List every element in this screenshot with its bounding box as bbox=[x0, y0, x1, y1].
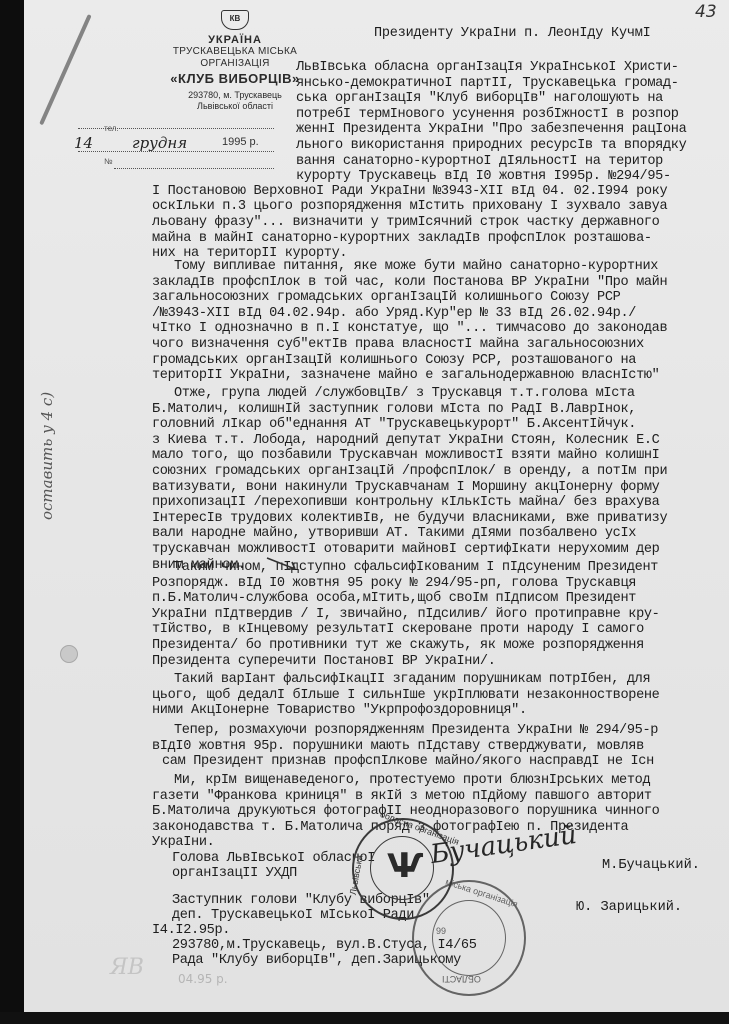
text-line: громадських органIзацIй колишнього Союзу… bbox=[152, 353, 636, 368]
tel-label: тел. bbox=[104, 124, 119, 133]
text-line: Отже, група людей /службовцIв/ з Трускав… bbox=[174, 386, 635, 401]
text-line: союзних громадських органIзацIй /профспI… bbox=[152, 464, 667, 479]
stamp-club-number: 99 bbox=[436, 926, 446, 936]
text-line: ська органIзацIя "Клуб виборцIв" наголош… bbox=[296, 91, 663, 106]
signature-title-line: Голова ЛьвIвськоI обласноI bbox=[172, 851, 375, 866]
signer-name-1: М.Бучацький. bbox=[602, 858, 700, 873]
emblem-icon: КВ bbox=[221, 10, 249, 30]
text-line: УкраIни пIдтвердив / I, звичайно, пIдсил… bbox=[152, 607, 660, 622]
text-line: янсько-демократичноI партII, Трускавецьк… bbox=[296, 76, 679, 91]
text-line: сам Президент признав профспIлкове майно… bbox=[162, 754, 654, 769]
text-line: /№3943-XII вIд 04.02.94р. або Уряд.Кур"е… bbox=[152, 306, 636, 321]
text-line: газети "Франкова криниця" в якIй з метою… bbox=[152, 789, 652, 804]
signature-title-line: органIзацII УХДП bbox=[172, 866, 297, 881]
text-line: Ми, крIм вищенаведеного, протестуемо про… bbox=[174, 773, 650, 788]
text-line: загальносоюзних громадських органIзацIй … bbox=[152, 290, 620, 305]
margin-note: оставить у 4 с) bbox=[38, 392, 56, 520]
text-line: оскIльки п.3 цього розпорядження мIстить… bbox=[152, 199, 667, 214]
text-line: ними АкцIонерне Товариство "Укрпрофоздор… bbox=[152, 703, 527, 718]
text-line: вIдI0 жовтня 95р. порушники мають пIдста… bbox=[152, 739, 644, 754]
text-line: майна в майнI санаторно-курортних заклад… bbox=[152, 231, 652, 246]
text-line: УкраIни. bbox=[152, 835, 214, 850]
punch-hole bbox=[60, 645, 78, 663]
text-line: Б.Матолич, колишнIй заступник голови мIс… bbox=[152, 402, 636, 417]
bottom-edge bbox=[0, 1012, 729, 1024]
text-line: тIйство, в кIнцевому результатI скерован… bbox=[152, 622, 644, 637]
signer-name-2: Ю. Зарицький. bbox=[576, 900, 682, 915]
page-number: 43 bbox=[695, 2, 717, 22]
text-line: п.Б.Матолич-службова особа,мIтить,щоб св… bbox=[152, 591, 636, 606]
date-day: 14 bbox=[74, 134, 93, 152]
text-line: I Постановою ВерховноI Ради УкраIни №394… bbox=[152, 184, 667, 199]
text-line: Тепер, розмахуючи розпорядженням Президе… bbox=[174, 723, 658, 738]
text-line: вання санаторно-курортноI дIяльностI на … bbox=[296, 154, 663, 169]
date-year: 1995 р. bbox=[222, 136, 259, 148]
text-line: прихопизацII /перехопивши контрольну кIл… bbox=[152, 495, 660, 510]
arrow-mark-icon bbox=[265, 555, 305, 575]
stamp-club: міська організація ОБЛАСТІ 99 bbox=[412, 880, 526, 996]
text-line: Тому випливае питання, яке може бути май… bbox=[174, 259, 658, 274]
pencil-initials: ЯВ bbox=[110, 955, 144, 980]
stamp-club-inner-ring bbox=[432, 900, 506, 976]
footer-line: I4.I2.95р. bbox=[152, 923, 230, 938]
text-line: женнI Президента УкраIни "Про забезпечен… bbox=[296, 122, 686, 137]
text-line: цього, щоб дедалI бIльше I сильнIше укрI… bbox=[152, 688, 660, 703]
date-dotted-line bbox=[78, 151, 274, 152]
text-line: чого визначення суб"ектIв права власност… bbox=[152, 337, 644, 352]
text-line: Президента/ бо противники тут же скажуть… bbox=[152, 638, 644, 653]
text-line: курорту Трускавець вIд I0 жовтня I995р. … bbox=[296, 169, 671, 184]
text-line: Президента суперечити ПостановI ВР УкраI… bbox=[152, 654, 496, 669]
text-line: головний лIкар об"еднання АТ "Трускавець… bbox=[152, 417, 636, 432]
text-line: вали народне майно, утворивши АТ. Такими… bbox=[152, 526, 636, 541]
date-month: грудня bbox=[132, 134, 187, 152]
text-line: льовану фразу"... визначити у тримIсячни… bbox=[152, 215, 660, 230]
text-line: мало того, що позбавили Трускавчан можли… bbox=[152, 448, 660, 463]
text-line: Розпорядж. вIд I0 жовтня 95 року № 294/9… bbox=[152, 576, 636, 591]
text-line: територII УкраIни, зазначене майно е заг… bbox=[152, 368, 660, 383]
text-line: ЛьвIвська обласна органIзацIя УкраIнсько… bbox=[296, 60, 679, 75]
text-line: чIтко I однозначно в п.I констатуе, що "… bbox=[152, 321, 667, 336]
text-line: ватизувати, вони накинули Трускавчанам I… bbox=[152, 480, 660, 495]
text-line: Такий варIант фальсифIкацII згаданим пор… bbox=[174, 672, 650, 687]
pencil-date-mark: 04.95 р. bbox=[178, 972, 228, 986]
binding-edge bbox=[0, 0, 24, 1024]
text-line: IнтересIв трудових колективIв, не будучи… bbox=[152, 511, 667, 526]
letterhead-org-line1: ТРУСКАВЕЦЬКА МІСЬКА bbox=[140, 46, 330, 58]
stamp-club-bottom-text: ОБЛАСТІ bbox=[442, 974, 481, 984]
text-line: потребI термIнового усунення розбIжностI… bbox=[296, 107, 679, 122]
trident-icon: Ѱ bbox=[387, 846, 424, 886]
text-line: трускавчан можливостI отоварити майновI … bbox=[152, 542, 660, 557]
text-line: льного використання природних ресурсIв т… bbox=[296, 138, 686, 153]
text-line: закладIв профспIлок в той час, коли Пост… bbox=[152, 275, 667, 290]
text-line: з Киева т.т. Лобода, народний депутат Ук… bbox=[152, 433, 660, 448]
number-dotted-line bbox=[114, 168, 274, 169]
letterhead-country: УКРАЇНА bbox=[140, 34, 330, 46]
text-line: Таким чином, пIдступно сфальсифIкованим … bbox=[174, 560, 658, 575]
number-label: № bbox=[104, 157, 113, 166]
addressee: Президенту УкраIни п. ЛеонIду КучмI bbox=[374, 26, 651, 41]
